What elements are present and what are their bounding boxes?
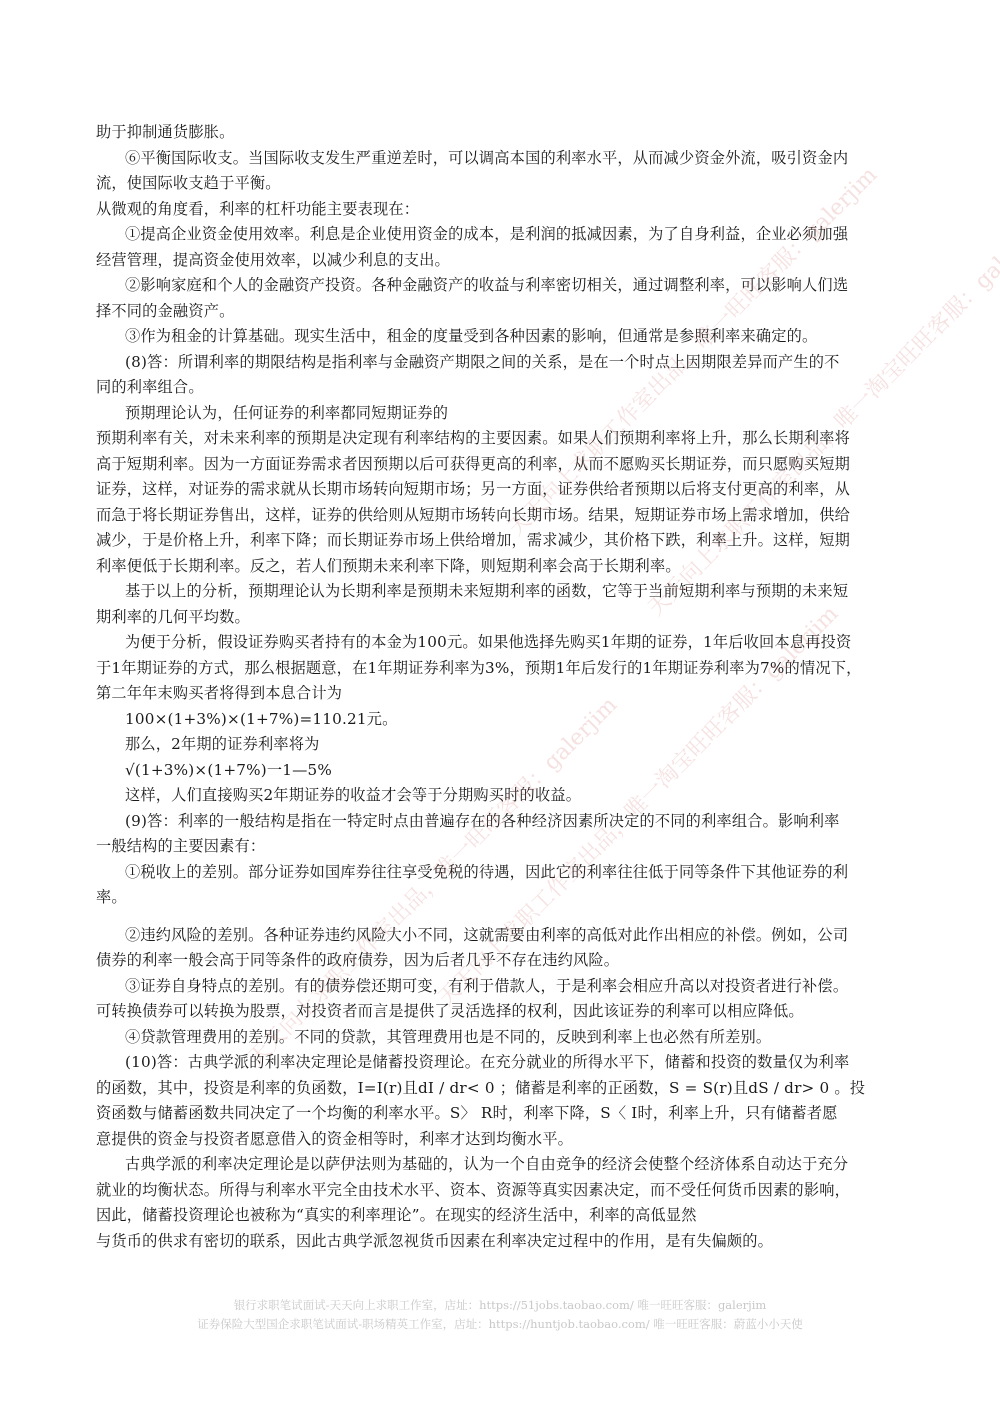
footer-line-1: 银行求职笔试面试-天天向上求职工作室，店址：https://51jobs.tao… — [0, 1296, 1000, 1315]
text-line: 因此，储蓄投资理论也被称为“真实的利率理论”。在现实的经济生活中，利率的高低显然 — [96, 1203, 924, 1229]
text-line: 减少，于是价格上升，利率下降；而长期证券市场上供给增加，需求减少，其价格下跌，利… — [96, 528, 924, 554]
text-line: (8)答：所谓利率的期限结构是指利率与金融资产期限之间的关系，是在一个时点上因期… — [96, 350, 924, 376]
text-line: 古典学派的利率决定理论是以萨伊法则为基础的，认为一个自由竞争的经济会使整个经济体… — [96, 1152, 924, 1178]
text-line: ②违约风险的差别。各种证券违约风险大小不同，这就需要由利率的高低对此作出相应的补… — [96, 923, 924, 949]
text-line: 经营管理，提高资金使用效率，以减少利息的支出。 — [96, 248, 924, 274]
text-line: (9)答：利率的一般结构是指在一特定时点由普遍存在的各种经济因素所决定的不同的利… — [96, 809, 924, 835]
text-line: 那么，2年期的证券利率将为 — [96, 732, 924, 758]
text-line: ④贷款管理费用的差别。不同的贷款，其管理费用也是不同的，反映到利率上也必然有所差… — [96, 1025, 924, 1051]
page-footer: 银行求职笔试面试-天天向上求职工作室，店址：https://51jobs.tao… — [0, 1296, 1000, 1334]
text-line: 可转换债券可以转换为股票，对投资者而言是提供了灵活选择的权利，因此该证券的利率可… — [96, 999, 924, 1025]
text-line: 与货币的供求有密切的联系，因此古典学派忽视货币因素在利率决定过程中的作用，是有失… — [96, 1229, 924, 1255]
text-line: 资函数与储蓄函数共同决定了一个均衡的利率水平。S〉 R时，利率下降，S〈 I时，… — [96, 1101, 924, 1127]
text-line: ③证券自身特点的差别。有的债券偿还期可变，有利于借款人，于是利率会相应升高以对投… — [96, 974, 924, 1000]
text-line: 高于短期利率。因为一方面证券需求者因预期以后可获得更高的利率，从而不愿购买长期证… — [96, 452, 924, 478]
text-line: 这样，人们直接购买2年期证券的收益才会等于分期购买时的收益。 — [96, 783, 924, 809]
text-line: 择不同的金融资产。 — [96, 299, 924, 325]
text-line: 证券，这样，对证券的需求就从长期市场转向短期市场；另一方面，证券供给者预期以后将… — [96, 477, 924, 503]
text-line: √(1+3%)×(1+7%)一1—5% — [96, 758, 924, 784]
text-line: 同的利率组合。 — [96, 375, 924, 401]
text-line: 流，使国际收支趋于平衡。 — [96, 171, 924, 197]
text-line: 助于抑制通货膨胀。 — [96, 120, 924, 146]
text-line: 债券的利率一般会高于同等条件的政府债券，因为后者几乎不存在违约风险。 — [96, 948, 924, 974]
text-line: 而急于将长期证券售出，这样，证券的供给则从短期市场转向长期市场。结果，短期证券市… — [96, 503, 924, 529]
text-line: 于1年期证券的方式，那么根据题意，在1年期证券利率为3%，预期1年后发行的1年期… — [96, 656, 924, 682]
document-body: 助于抑制通货膨胀。⑥平衡国际收支。当国际收支发生严重逆差时，可以调高本国的利率水… — [96, 120, 924, 1254]
text-line: ⑥平衡国际收支。当国际收支发生严重逆差时，可以调高本国的利率水平，从而减少资金外… — [96, 146, 924, 172]
text-line: 率。 — [96, 885, 924, 911]
text-line: 第二年年末购买者将得到本息合计为 — [96, 681, 924, 707]
text-line: 预期利率有关，对未来利率的预期是决定现有利率结构的主要因素。如果人们预期利率将上… — [96, 426, 924, 452]
text-line: ①税收上的差别。部分证券如国库券往往享受免税的待遇，因此它的利率往往低于同等条件… — [96, 860, 924, 886]
text-line: 从微观的角度看，利率的杠杆功能主要表现在： — [96, 197, 924, 223]
text-line: 预期理论认为，任何证券的利率都同短期证券的 — [96, 401, 924, 427]
text-line: 就业的均衡状态。所得与利率水平完全由技术水平、资本、资源等真实因素决定，而不受任… — [96, 1178, 924, 1204]
footer-line-2: 证券保险大型国企求职笔试面试-职场精英工作室，店址：https://huntjo… — [0, 1315, 1000, 1334]
text-line: 期利率的几何平均数。 — [96, 605, 924, 631]
text-line: 一般结构的主要因素有： — [96, 834, 924, 860]
text-line: 意提供的资金与投资者愿意借入的资金相等时，利率才达到均衡水平。 — [96, 1127, 924, 1153]
text-line: 100×(1+3%)×(1+7%)=110.21元。 — [96, 707, 924, 733]
text-line: ②影响家庭和个人的金融资产投资。各种金融资产的收益与利率密切相关，通过调整利率，… — [96, 273, 924, 299]
paragraph-gap — [96, 911, 924, 923]
text-line: 为便于分析，假设证券购买者持有的本金为100元。如果他选择先购买1年期的证券，1… — [96, 630, 924, 656]
text-line: 利率便低于长期利率。反之，若人们预期未来利率下降，则短期利率会高于长期利率。 — [96, 554, 924, 580]
text-line: 的函数，其中，投资是利率的负函数，I=I(r)且dI / dr< 0 ；储蓄是利… — [96, 1076, 924, 1102]
text-line: ③作为租金的计算基础。现实生活中，租金的度量受到各种因素的影响，但通常是参照利率… — [96, 324, 924, 350]
text-line: ①提高企业资金使用效率。利息是企业使用资金的成本，是利润的抵减因素，为了自身利益… — [96, 222, 924, 248]
text-line: (10)答：古典学派的利率决定理论是储蓄投资理论。在充分就业的所得水平下，储蓄和… — [96, 1050, 924, 1076]
text-line: 基于以上的分析，预期理论认为长期利率是预期未来短期利率的函数，它等于当前短期利率… — [96, 579, 924, 605]
